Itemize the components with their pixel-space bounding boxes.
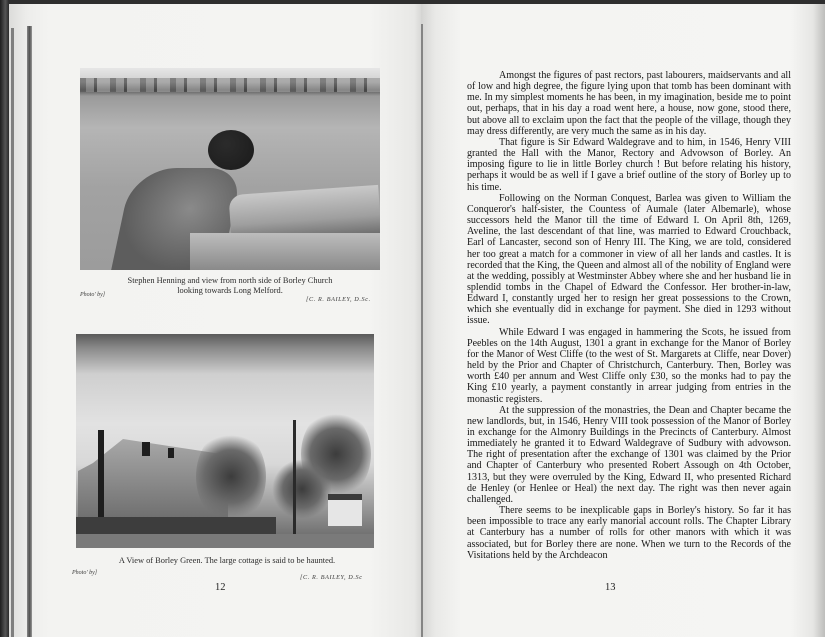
scanner-edge <box>0 0 9 637</box>
photo-borley-green <box>76 334 374 548</box>
chimney <box>142 442 150 456</box>
caption-line: looking towards Long Melford. <box>92 286 368 296</box>
page-number-left: 12 <box>215 582 226 593</box>
paragraph: At the suppression of the monastries, th… <box>467 405 791 505</box>
photo-credit-prefix: Photo' by] <box>80 292 105 298</box>
paragraph: There seems to be inexplicable gaps in B… <box>467 505 791 561</box>
chimney <box>168 448 174 458</box>
book-spread: Stephen Henning and view from north side… <box>0 0 825 637</box>
paragraph: Following on the Norman Conquest, Barlea… <box>467 193 791 327</box>
photo-credit: [C. R. BAILEY, D.Sc. <box>306 296 371 303</box>
paragraph: While Edward I was engaged in hammering … <box>467 327 791 405</box>
page-fold <box>421 24 423 637</box>
photo-credit-prefix: Photo' by] <box>72 570 97 576</box>
photo-stephen-henning <box>80 68 380 270</box>
caption-line: Stephen Henning and view from north side… <box>92 276 368 286</box>
photo-credit: [C. R. BAILEY, D.Sc <box>300 574 363 581</box>
boy-head <box>208 130 254 170</box>
small-house <box>328 494 362 526</box>
page-edge-shadow <box>27 26 32 637</box>
log <box>190 233 380 270</box>
distant-treeline <box>80 78 380 92</box>
tree <box>196 429 266 524</box>
figure-caption-2: A View of Borley Green. The large cottag… <box>82 556 372 566</box>
telegraph-pole <box>293 420 296 536</box>
paragraph: That figure is Sir Edward Waldegrave and… <box>467 137 791 193</box>
tree <box>272 459 332 519</box>
body-text: Amongst the figures of past rectors, pas… <box>467 70 791 561</box>
paragraph: Amongst the figures of past rectors, pas… <box>467 70 791 137</box>
chimney <box>98 430 104 518</box>
road <box>76 534 374 548</box>
figure-caption-1: Stephen Henning and view from north side… <box>92 276 368 296</box>
page-number-right: 13 <box>605 582 616 593</box>
page-edge-shadow <box>11 28 14 637</box>
